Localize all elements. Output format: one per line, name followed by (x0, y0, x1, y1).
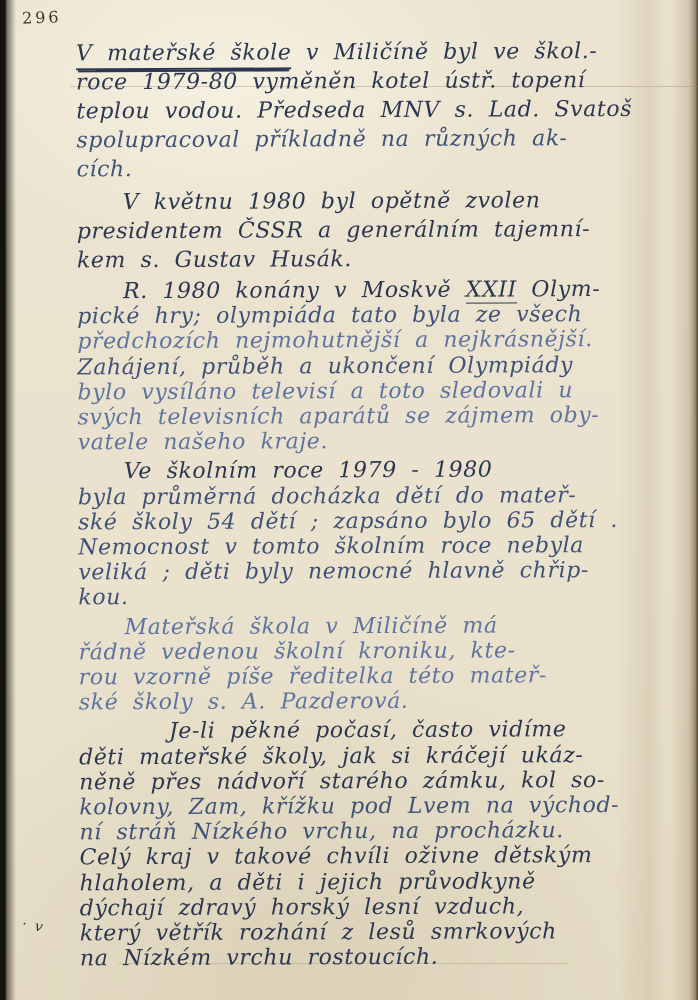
handwritten-line: Ve školním roce 1979 - 1980 (78, 457, 690, 485)
handwritten-line: řádně vedenou školní kroniku, kte- (79, 638, 691, 666)
handwritten-line: pické hry; olympiáda tato byla ze všech (77, 302, 689, 330)
text-segment: kem s. Gustav Husák. (77, 247, 352, 273)
handwritten-line: kem s. Gustav Husák. (77, 244, 689, 276)
text-segment: spolupracoval příkladně na různých ak- (76, 126, 567, 153)
handwritten-line: kou. (78, 583, 690, 611)
text-segment: Celý kraj v takové chvíli oživne dětským (79, 844, 592, 871)
text-segment: řádně vedenou školní kroniku, kte- (79, 638, 516, 665)
handwritten-line: kolovny, Zam, křížku pod Lvem na východ- (79, 793, 691, 821)
text-segment: cích. (76, 157, 132, 182)
handwritten-line: Je-li pěkné počasí, často vidíme (79, 717, 691, 745)
handwritten-line: vatele našeho kraje. (78, 428, 690, 456)
text-segment: kou. (78, 586, 128, 611)
text-segment-underlined: XXII (466, 277, 517, 303)
text-segment-underlined: V mateřské škole (76, 40, 292, 70)
text-segment: teplou vodou. Předseda MNV s. Lad. Svato… (76, 97, 632, 124)
text-segment: vatele našeho kraje. (78, 429, 328, 455)
handwritten-line: dýchají zdravý horský lesní vzduch, (80, 894, 692, 922)
text-segment: roce 1979-80 vyměněn kotel ústř. topení (76, 68, 585, 95)
handwritten-line: děti mateřské školy, jak si kráčejí ukáz… (79, 742, 691, 770)
text-segment: presidentem ČSSR a generálním tajemní- (77, 217, 590, 244)
text-segment: veliká ; děti byly nemocné hlavně chřip- (78, 558, 589, 585)
scanned-chronicle-page: 296 · v V mateřské škole v Miličíně byl … (0, 0, 698, 1000)
paragraph: R. 1980 konány v Moskvě XXII Olym-pické … (77, 277, 690, 456)
text-segment: R. 1980 konány v Moskvě (123, 278, 466, 304)
handwritten-line: Mateřská škola v Miličíně má (78, 612, 690, 640)
text-segment: Nemocnost v tomto školním roce nebyla (78, 533, 584, 560)
handwritten-line: spolupracoval příkladně na různých ak- (76, 124, 688, 156)
text-segment: ní stráň Nízkého vrchu, na procházku. (79, 818, 563, 845)
handwritten-line: Nemocnost v tomto školním roce nebyla (78, 533, 690, 561)
margin-tick-mark: · v (21, 916, 46, 936)
text-segment: na Nízkém vrchu rostoucích. (80, 945, 438, 972)
handwritten-line: R. 1980 konány v Moskvě XXII Olym- (77, 277, 689, 305)
text-segment: ské školy s. A. Pazderová. (79, 689, 409, 715)
text-segment: Ve školním roce 1979 - 1980 (124, 458, 493, 485)
handwritten-line: Celý kraj v takové chvíli oživne dětským (79, 843, 691, 871)
handwritten-line: něně přes nádvoří starého zámku, kol so- (79, 768, 691, 796)
paragraph: V mateřské škole v Miličíně byl ve škol.… (76, 37, 689, 185)
handwritten-line: roce 1979-80 vyměněn kotel ústř. topení (76, 66, 688, 98)
text-segment: bylo vysíláno televisí a toto sledovali … (77, 378, 573, 405)
paragraph: V květnu 1980 byl opětně zvolenpresident… (77, 186, 689, 276)
text-segment: v Miličíně byl ve škol.- (291, 39, 597, 65)
text-segment: pické hry; olympiáda tato byla ze všech (77, 302, 582, 329)
text-segment: rou vzorně píše ředitelka této mateř- (79, 663, 547, 690)
handwritten-line: na Nízkém vrchu rostoucích. (80, 944, 692, 972)
handwritten-line: hlaholem, a děti i jejich průvodkyně (80, 868, 692, 896)
handwritten-line: presidentem ČSSR a generálním tajemní- (77, 215, 689, 247)
handwritten-text-block: V mateřské škole v Miličíně byl ve škol.… (76, 37, 692, 972)
text-segment: něně přes nádvoří starého zámku, kol so- (79, 768, 605, 795)
text-segment: byla průměrná docházka dětí do mateř- (78, 483, 576, 510)
handwritten-line: ské školy 54 dětí ; zapsáno bylo 65 dětí… (78, 507, 690, 535)
handwritten-line: byla průměrná docházka dětí do mateř- (78, 482, 690, 510)
text-segment: kolovny, Zam, křížku pod Lvem na východ- (79, 793, 619, 820)
paragraph: Je-li pěkné počasí, často vidímeděti mat… (79, 717, 692, 972)
text-segment: Zahájení, průběh a ukončení Olympiády (77, 353, 573, 380)
handwritten-line: veliká ; děti byly nemocné hlavně chřip- (78, 558, 690, 586)
text-segment: Je-li pěkné počasí, často vidíme (169, 718, 567, 745)
text-segment: děti mateřské školy, jak si kráčejí ukáz… (79, 743, 583, 770)
text-segment: Olym- (517, 277, 600, 302)
handwritten-line: Zahájení, průběh a ukončení Olympiády (77, 352, 689, 380)
text-segment: předchozích nejmohutnější a nejkrásnější… (77, 327, 593, 354)
text-segment: Mateřská škola v Miličíně má (124, 613, 497, 640)
handwritten-line: cích. (76, 153, 688, 185)
text-segment: dýchají zdravý horský lesní vzduch, (80, 894, 525, 921)
handwritten-line: V květnu 1980 byl opětně zvolen (77, 186, 689, 218)
handwritten-line: V mateřské škole v Miličíně byl ve škol.… (76, 37, 688, 69)
handwritten-line: rou vzorně píše ředitelka této mateř- (79, 663, 691, 691)
handwritten-line: ní stráň Nízkého vrchu, na procházku. (79, 818, 691, 846)
handwritten-line: svých televisních aparátů se zájmem oby- (78, 403, 690, 431)
text-segment: který větřík rozhání z lesů smrkových (80, 919, 557, 946)
paragraph: Ve školním roce 1979 - 1980byla průměrná… (78, 457, 691, 611)
page-number: 296 (22, 7, 62, 27)
text-segment: V květnu 1980 byl opětně zvolen (123, 188, 541, 215)
handwritten-line: který větřík rozhání z lesů smrkových (80, 919, 692, 947)
handwritten-line: teplou vodou. Předseda MNV s. Lad. Svato… (76, 95, 688, 127)
text-segment: ské školy 54 dětí ; zapsáno bylo 65 dětí… (78, 508, 618, 535)
text-segment: svých televisních aparátů se zájmem oby- (78, 403, 600, 430)
paragraph: Mateřská škola v Miličíně mářádně vedeno… (78, 612, 690, 715)
handwritten-line: bylo vysíláno televisí a toto sledovali … (77, 377, 689, 405)
text-segment: hlaholem, a děti i jejich průvodkyně (80, 869, 536, 896)
handwritten-line: ské školy s. A. Pazderová. (79, 688, 691, 716)
handwritten-line: předchozích nejmohutnější a nejkrásnější… (77, 327, 689, 355)
